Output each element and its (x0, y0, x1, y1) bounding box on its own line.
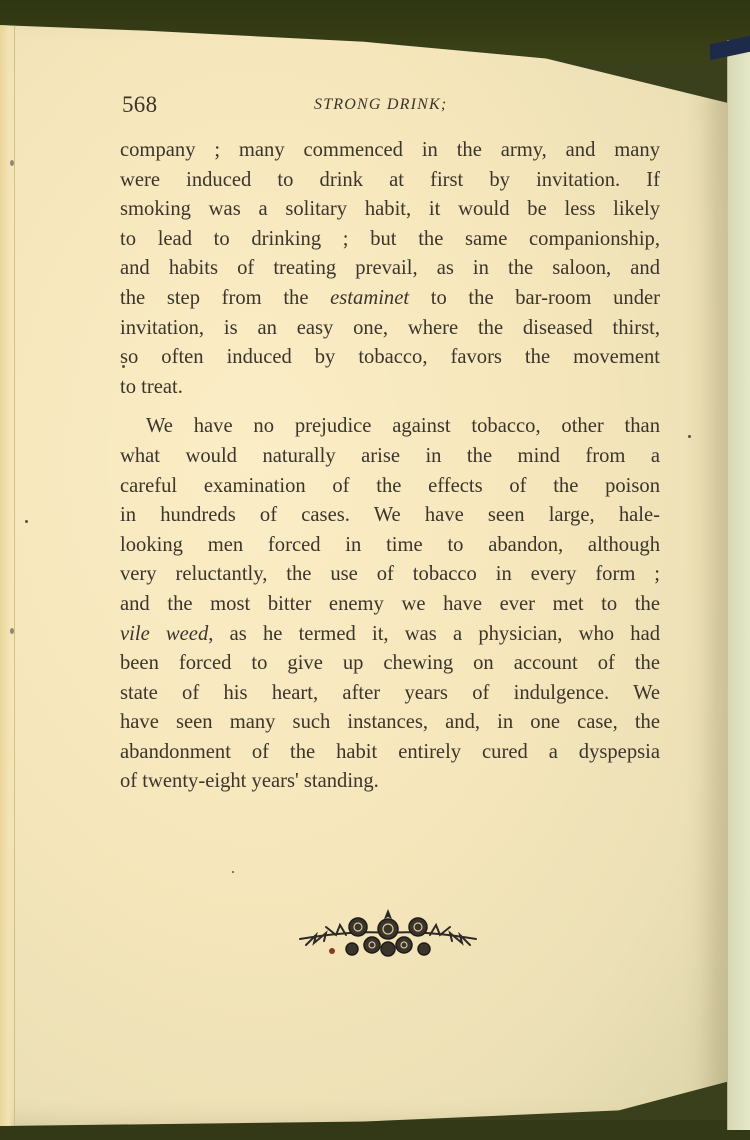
text-line: company ; many commenced in the army, an… (120, 136, 660, 166)
book-cover-edge (727, 40, 750, 1130)
italic-term: vile weed (120, 623, 208, 645)
text-line: looking men forced in time to abandon, a… (120, 531, 660, 561)
text-line: careful examination of the effects of th… (120, 472, 660, 502)
text-segment: the step from the (120, 287, 330, 309)
paper-speck (25, 520, 28, 523)
text-line: in hundreds of cases. We have seen large… (120, 501, 660, 531)
paper-speck (10, 628, 14, 634)
page-gutter (0, 14, 15, 1126)
running-title: STRONG DRINK; (314, 96, 447, 114)
text-line: state of his heart, after years of indul… (120, 679, 660, 709)
floral-tailpiece-icon (296, 905, 480, 967)
text-line: smoking was a solitary habit, it would b… (120, 195, 660, 225)
text-line: and habits of treating prevail, as in th… (120, 254, 660, 284)
paper-speck (10, 160, 14, 166)
body-text: company ; many commenced in the army, an… (120, 136, 660, 807)
italic-term: estaminet (330, 287, 409, 309)
text-line: abandonment of the habit entirely cured … (120, 738, 660, 768)
text-line: so often induced by tobacco, favors the … (120, 343, 660, 373)
paper-speck (688, 435, 691, 438)
text-line-with-italic: the step from the estaminet to the bar-r… (120, 284, 660, 314)
text-line: been forced to give up chewing on accoun… (120, 649, 660, 679)
paragraph-1: company ; many commenced in the army, an… (120, 136, 660, 402)
text-line: were induced to drink at first by invita… (120, 166, 660, 196)
text-line: have seen many such instances, and, in o… (120, 708, 660, 738)
text-line-with-italic: vile weed, as he termed it, was a physic… (120, 620, 660, 650)
text-segment: to the bar-room under (409, 287, 660, 309)
paper-speck (232, 871, 234, 873)
text-line: and the most bitter enemy we have ever m… (120, 590, 660, 620)
text-line: what would naturally arise in the mind f… (120, 442, 660, 472)
text-line: We have no prejudice against tobacco, ot… (120, 412, 660, 442)
page-header: 568 STRONG DRINK; (120, 92, 660, 124)
text-line: of twenty-eight years' standing. (120, 767, 660, 797)
text-line: invitation, is an easy one, where the di… (120, 314, 660, 344)
text-line: to lead to drinking ; but the same compa… (120, 225, 660, 255)
page-number: 568 (122, 92, 157, 118)
paragraph-2: We have no prejudice against tobacco, ot… (120, 412, 660, 797)
paper-speck (122, 365, 125, 368)
text-segment: , as he termed it, was a physician, who … (208, 623, 660, 645)
text-line: very reluctantly, the use of tobacco in … (120, 560, 660, 590)
text-line: to treat. (120, 373, 660, 403)
